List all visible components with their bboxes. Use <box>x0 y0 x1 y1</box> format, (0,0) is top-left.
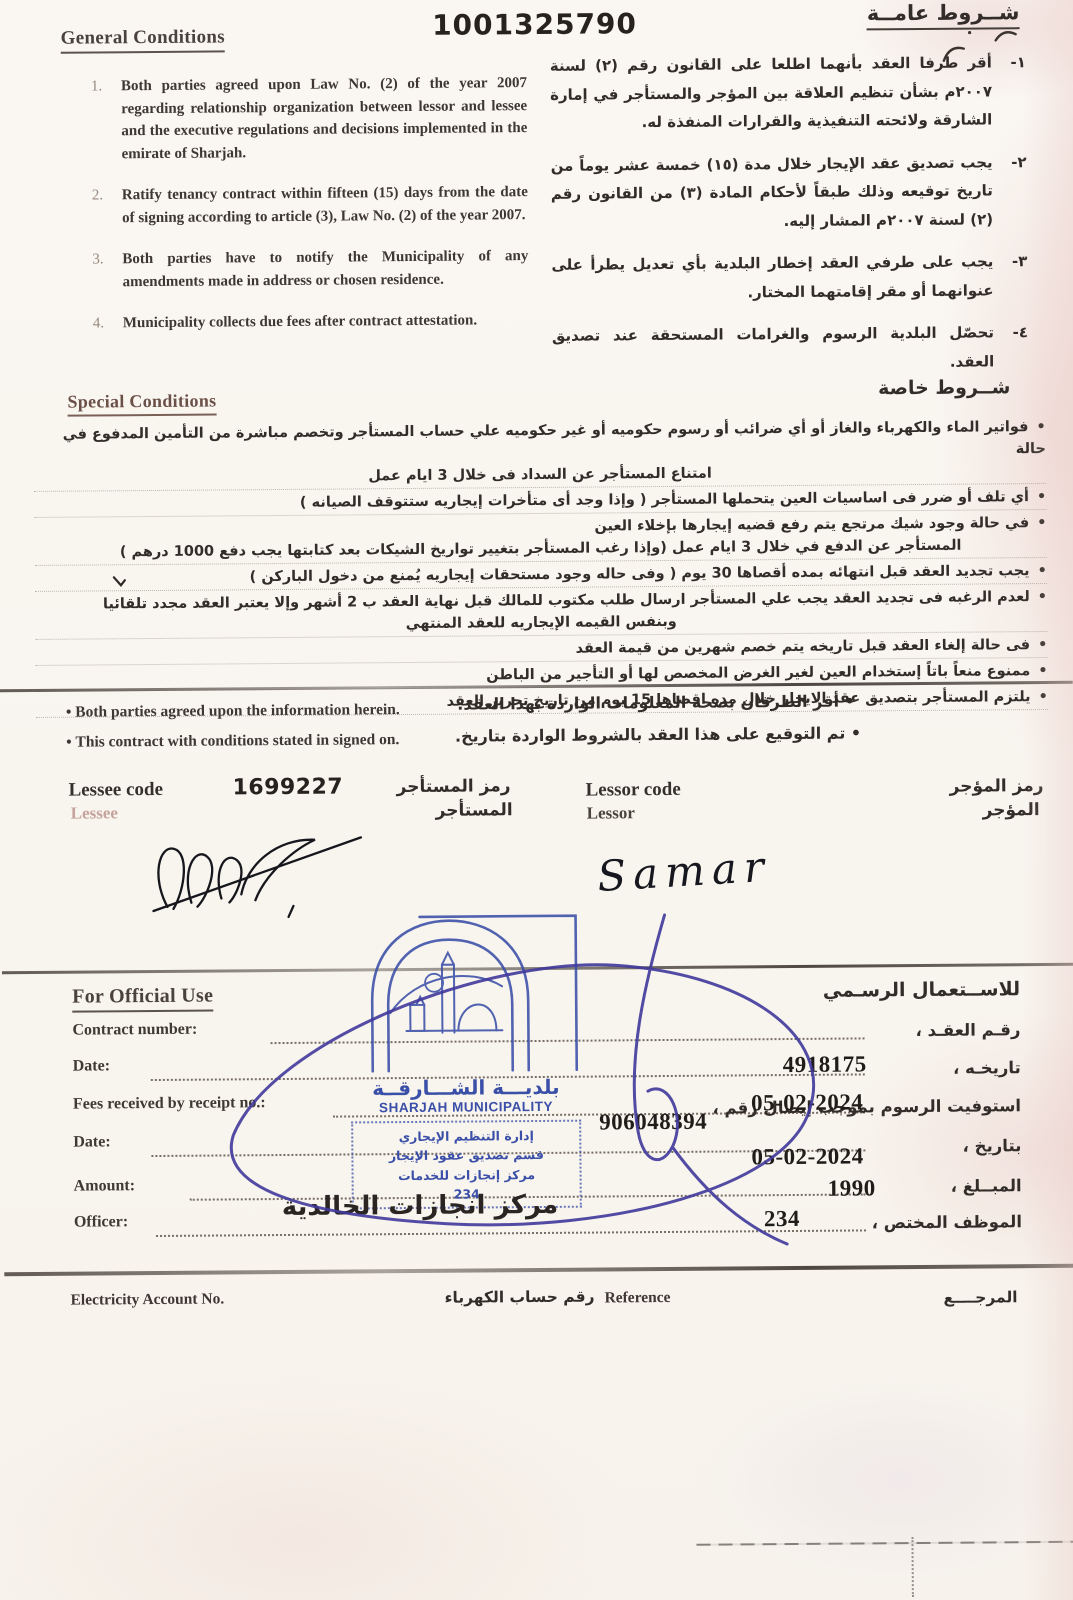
lessee-sublabel-ar: المستأجر <box>436 800 513 821</box>
item-number: 3. <box>92 248 103 271</box>
item-text: لعدم الرغبه فى تجديد العقد يجب علي المست… <box>103 589 1030 612</box>
special-condition: فواتير الماء والكهرباء والغاز أو أي ضرائ… <box>34 416 1047 492</box>
item-text: يجب تجديد العقد قبل انتهائه بمده أقصاها … <box>250 563 1030 585</box>
scan-content: General Conditions 1001325790 شــروط عام… <box>0 0 1073 1600</box>
item-text-continued: امتناع المستأجر عن السداد فى خلال 3 ايام… <box>34 460 1046 490</box>
item-text: تحصّل البلدية الرسوم والغرامات المستحقة … <box>552 323 994 370</box>
item-text: Both parties agreed upon Law No. (2) of … <box>121 75 527 162</box>
electricity-account-label-ar: رقم حساب الكهرباء <box>444 1288 594 1307</box>
general-conditions-title-en: General Conditions <box>61 26 225 53</box>
item-text-continued: المستأجر عن الدفع في خلال 3 ايام عمل (وإ… <box>35 534 1047 564</box>
lessee-code-value: 1699227 <box>232 775 343 801</box>
item-number: ٤- <box>1012 318 1028 347</box>
lessee-code-label-ar: رمز المستأجر <box>397 776 511 797</box>
contract-number-label-en: Contract number: <box>72 1021 197 1040</box>
date-label-en: Date: <box>73 1057 110 1075</box>
contract-serial-number: 1001325790 <box>424 7 644 42</box>
confirmation-line-ar: أقر الطرفان بصحة المعلومات الواردة بهذا … <box>457 691 855 713</box>
item-text: أي تلف أو ضرر فى اساسيات العين يتحملها ا… <box>300 489 1029 511</box>
lessor-sublabel-ar: المؤجر <box>983 800 1040 820</box>
item-text: Municipality collects due fees after con… <box>123 312 477 331</box>
special-condition: في حالة وجود شيك مرتجع يتم رفع قضيه إيجا… <box>34 512 1046 566</box>
item-number: ١- <box>1010 48 1026 77</box>
item-text: أقر طرفا العقد بأنهما اطلعا على القانون … <box>550 53 993 131</box>
special-conditions-title-en: Special Conditions <box>67 391 216 417</box>
confirmation-line-ar: تم التوقيع على هذا العقد بالشروط الواردة… <box>455 723 861 745</box>
item-text: فواتير الماء والكهرباء والغاز أو أي ضرائ… <box>63 419 1046 457</box>
general-conditions-list-ar: ١-أقر طرفا العقد بأنهما اطلعا على القانو… <box>550 48 1031 393</box>
general-condition-ar: ٢-يجب تصديق عقد الإيجار خلال مدة (١٥) خم… <box>551 148 1030 237</box>
item-number: 1. <box>91 75 102 98</box>
general-condition-en: 4.Municipality collects due fees after c… <box>89 309 529 335</box>
pen-check-mark <box>111 571 135 591</box>
electricity-account-label-en: Electricity Account No. <box>70 1290 224 1309</box>
lessor-code-label: Lessor code <box>585 779 680 802</box>
attestation-date-label-ar: بتاريخ ، <box>963 1136 1022 1155</box>
item-number: 2. <box>92 184 103 207</box>
contract-number-label-ar: رقـم العقـد ، <box>916 1020 1021 1040</box>
officer-label-ar: الموظف المختص ، <box>872 1212 1022 1232</box>
item-text: ممنوع منعاً باتاً إستخدام العين لغير الغ… <box>486 663 1030 683</box>
item-text: Ratify tenancy contract within fifteen (… <box>122 184 528 226</box>
special-condition: لعدم الرغبه فى تجديد العقد يجب علي المست… <box>35 586 1047 640</box>
amount-label-ar: المبــلغ ، <box>951 1176 1022 1196</box>
confirmation-line-en: This contract with conditions stated in … <box>66 731 399 752</box>
general-condition-ar: ٤-تحصّل البلدية الرسوم والغرامات المستحق… <box>552 318 1030 379</box>
general-conditions-list-en: 1.Both parties agreed upon Law No. (2) o… <box>87 72 529 354</box>
general-condition-ar: ٣-يجب على طرفي العقد إخطار البلدية بأي ت… <box>551 247 1029 308</box>
general-condition-en: 3.Both parties have to notify the Munici… <box>88 245 528 293</box>
item-text: فى حالة إلغاء العقد قبل تاريخه يتم خصم ش… <box>576 637 1031 657</box>
officer-label-en: Officer: <box>74 1213 128 1231</box>
special-conditions-list: فواتير الماء والكهرباء والغاز أو أي ضرائ… <box>34 416 1048 720</box>
scanned-contract-page: General Conditions 1001325790 شــروط عام… <box>0 0 1073 1600</box>
general-condition-ar: ١-أقر طرفا العقد بأنهما اطلعا على القانو… <box>550 48 1029 137</box>
confirmation-line-en: Both parties agreed upon the information… <box>66 701 400 722</box>
item-number: ٢- <box>1011 148 1027 177</box>
item-number: ٣- <box>1012 247 1028 276</box>
amount-label-en: Amount: <box>74 1177 135 1195</box>
lessor-signature: Samar <box>596 842 772 901</box>
item-number: 4. <box>93 312 104 335</box>
reference-label-en: Reference <box>604 1289 670 1308</box>
item-text: في حالة وجود شيك مرتجع يتم رفع قضيه إيجا… <box>594 515 1029 534</box>
lessor-sublabel: Lessor <box>587 803 635 823</box>
item-text: يجب على طرفي العقد إخطار البلدية بأي تعد… <box>551 252 993 300</box>
scan-divider-line <box>4 1264 1073 1276</box>
date-label-ar: تاريخـه ، <box>953 1058 1021 1078</box>
item-text: يجب تصديق عقد الإيجار خلال مدة (١٥) خمسة… <box>551 153 994 230</box>
item-text: Both parties have to notify the Municipa… <box>122 248 528 290</box>
lessee-code-label: Lessee code <box>68 779 163 802</box>
scan-fold-mark <box>911 1537 913 1597</box>
date-label-en: Date: <box>73 1133 110 1151</box>
reference-label-ar: المرجــــع <box>943 1288 1017 1307</box>
officer-signature <box>186 895 879 1265</box>
scan-smudge <box>696 1541 1073 1546</box>
lessor-code-label-ar: رمز المؤجر <box>950 776 1044 797</box>
general-condition-en: 2.Ratify tenancy contract within fifteen… <box>88 181 528 229</box>
general-condition-en: 1.Both parties agreed upon Law No. (2) o… <box>87 72 528 165</box>
item-text-continued: وبنفس القيمه الإيجاريه للعقد المنتهي <box>35 608 1047 638</box>
lessee-sublabel: Lessee <box>71 803 118 823</box>
special-conditions-title-ar: شــروط خاصة <box>878 376 1011 402</box>
